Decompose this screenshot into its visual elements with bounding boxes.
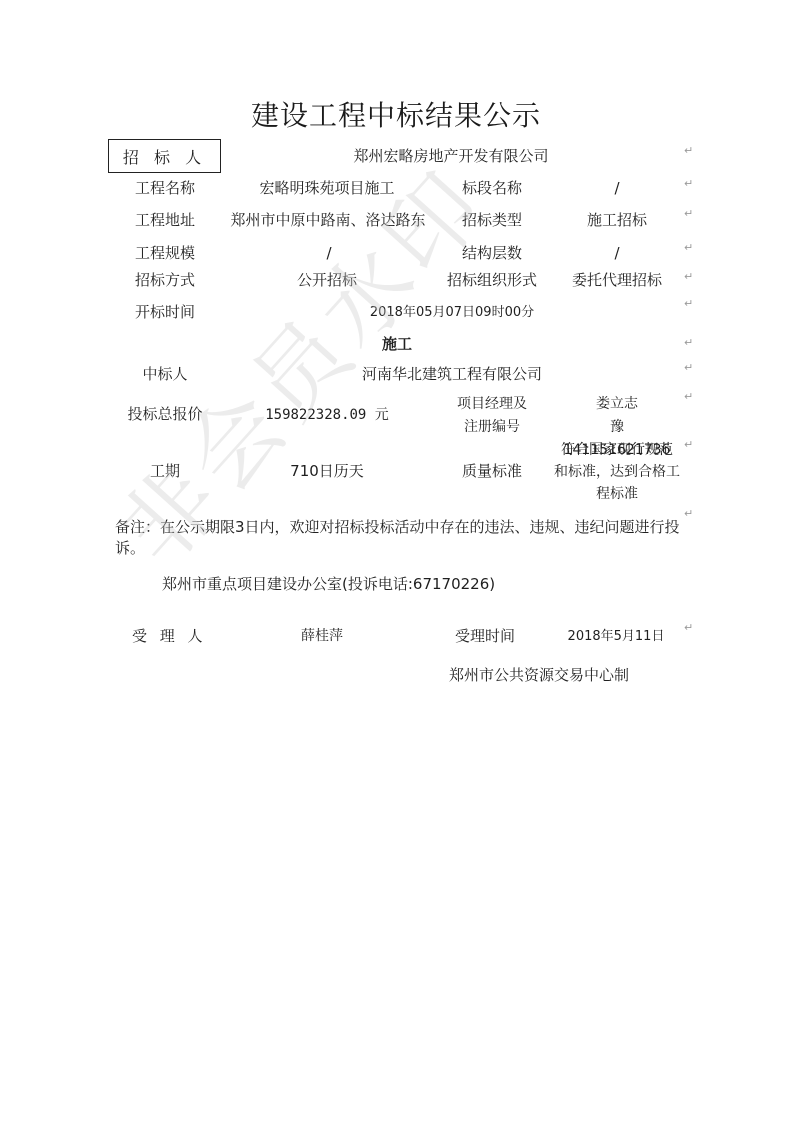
document-title: 建设工程中标结果公示 [251,98,541,134]
duration-label: 工期 [150,462,180,480]
total-bid-price-label: 投标总报价 [127,405,202,423]
quality-standard-line1: 符合国家现行规范 [553,439,681,461]
tenderer-label: 招 标 人 [123,145,206,168]
paragraph-mark-icon: ↵ [684,362,693,373]
bid-opening-time-label: 开标时间 [135,303,195,321]
section-name-value: / [614,179,619,197]
tender-method-label: 招标方式 [135,271,195,289]
tenderer-label-box: 招 标 人 [108,139,221,173]
paragraph-mark-icon: ↵ [684,178,693,189]
accept-time-label: 受理时间 [455,627,515,645]
section-name-label: 标段名称 [462,179,522,197]
note-text: 备注：在公示期限3日内，欢迎对招标投标活动中存在的违法、违规、违纪问题进行投诉。 [115,517,685,559]
tender-org-form-value: 委托代理招标 [572,271,662,289]
paragraph-mark-icon: ↵ [684,622,693,633]
paragraph-mark-icon: ↵ [684,242,693,253]
handler-label: 受 理 人 [132,627,207,645]
office-contact: 郑州市重点项目建设办公室(投诉电话:67170226) [162,575,495,593]
tender-org-form-label: 招标组织形式 [447,271,537,289]
paragraph-mark-icon: ↵ [684,298,693,309]
handler-name: 薛桂萍 [301,627,343,645]
accept-time-value: 2018年5月11日 [568,628,665,646]
total-bid-price-value: 159822328.09 元 [265,406,389,424]
paragraph-mark-icon: ↵ [684,391,693,402]
project-scale-value: / [326,244,331,262]
paragraph-mark-icon: ↵ [684,337,693,348]
project-address-label: 工程地址 [135,211,195,229]
project-scale-label: 工程规模 [135,244,195,262]
paragraph-mark-icon: ↵ [684,439,693,450]
bid-opening-time-value: 2018年05月07日09时00分 [370,304,534,322]
document-page: 建设工程中标结果公示 招 标 人 郑州宏略房地产开发有限公司 ↵ 工程名称 宏略… [0,0,793,1122]
project-name-label: 工程名称 [135,179,195,197]
tenderer-value: 郑州宏略房地产开发有限公司 [353,147,548,165]
tender-method-value: 公开招标 [297,271,357,289]
project-name-value: 宏略明珠苑项目施工 [259,179,394,197]
tender-type-label: 招标类型 [462,211,522,229]
project-manager-label-line2: 注册编号 [442,416,542,439]
quality-standard-line2: 和标准，达到合格工 [553,461,681,483]
winner-value: 河南华北建筑工程有限公司 [362,365,542,383]
project-address-value: 郑州市中原中路南、洛达路东 [230,211,425,229]
project-manager-label-line1: 项目经理及 [442,393,542,416]
project-manager-name: 娄立志 [557,393,677,416]
quality-standard-value: 符合国家现行规范 和标准，达到合格工 程标准 [553,439,681,505]
project-manager-label: 项目经理及 注册编号 [442,393,542,439]
issuer: 郑州市公共资源交易中心制 [449,666,629,684]
section-heading: 施工 [382,335,412,353]
paragraph-mark-icon: ↵ [684,145,693,156]
quality-standard-line3: 程标准 [553,483,681,505]
duration-value: 710日历天 [290,462,364,480]
paragraph-mark-icon: ↵ [684,508,693,519]
paragraph-mark-icon: ↵ [684,271,693,282]
structure-floors-value: / [614,244,619,262]
quality-standard-label: 质量标准 [462,462,522,480]
tender-type-value: 施工招标 [587,211,647,229]
structure-floors-label: 结构层数 [462,244,522,262]
paragraph-mark-icon: ↵ [684,208,693,219]
winner-label: 中标人 [142,365,187,383]
